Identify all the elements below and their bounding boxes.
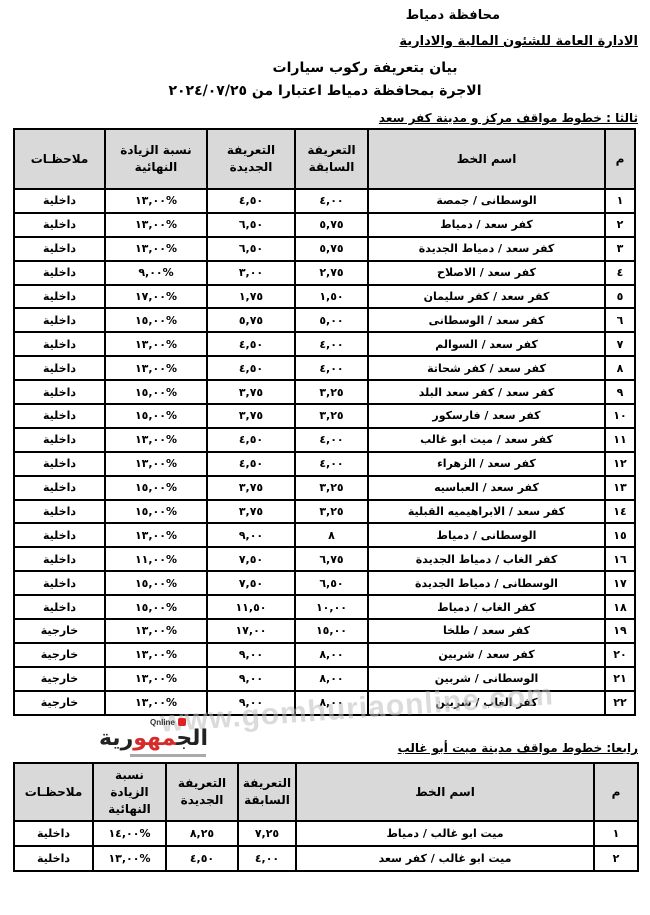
eagle-icon xyxy=(178,718,186,726)
old-fare: ٤,٠٠ xyxy=(295,332,368,356)
table-row: ٢ميت ابو غالب / كفر سعد٤,٠٠٤,٥٠%١٣,٠٠داخ… xyxy=(14,846,638,871)
table-row: ١١كفر سعد / ميت ابو غالب٤,٠٠٤,٥٠%١٣,٠٠دا… xyxy=(14,428,635,452)
line-name: كفر سعد / كفر سعد البلد xyxy=(368,380,605,404)
table-row: ٥كفر سعد / كفر سليمان١,٥٠١,٧٥%١٧,٠٠داخلي… xyxy=(14,285,635,309)
header-new-fare: التعريفة الجديدة xyxy=(166,763,238,821)
line-name: الوسطانى / دمياط الجديدة xyxy=(368,571,605,595)
new-fare: ٣,٧٥ xyxy=(207,380,295,404)
row-number: ٣ xyxy=(605,237,635,261)
line-name: كفر سعد / الابراهيميه القبلية xyxy=(368,500,605,524)
old-fare: ٤,٠٠ xyxy=(238,846,296,871)
table-row: ١ميت ابو غالب / دمياط٧,٢٥٨,٢٥%١٤,٠٠داخلي… xyxy=(14,821,638,846)
section4-table: م اسم الخط التعريفة السابقة التعريفة الج… xyxy=(13,762,639,872)
row-number: ١٣ xyxy=(605,476,635,500)
new-fare: ٧,٥٠ xyxy=(207,571,295,595)
line-name: كفر سعد / شربين xyxy=(368,643,605,667)
increase-pct: %١٣,٠٠ xyxy=(105,189,207,213)
new-fare: ١٧,٠٠ xyxy=(207,619,295,643)
old-fare: ٤,٠٠ xyxy=(295,189,368,213)
note: داخلية xyxy=(14,213,105,237)
old-fare: ٤,٠٠ xyxy=(295,452,368,476)
row-number: ٢ xyxy=(594,846,638,871)
old-fare: ٥,٧٥ xyxy=(295,237,368,261)
increase-pct: %١٥,٠٠ xyxy=(105,476,207,500)
line-name: كفر سعد / الاصلاح xyxy=(368,261,605,285)
table-row: ١الوسطانى / جمصة٤,٠٠٤,٥٠%١٣,٠٠داخلية xyxy=(14,189,635,213)
increase-pct: %١٤,٠٠ xyxy=(93,821,166,846)
increase-pct: %٩,٠٠ xyxy=(105,261,207,285)
table-row: ١٨كفر الغاب / دمياط١٠,٠٠١١,٥٠%١٥,٠٠داخلي… xyxy=(14,595,635,619)
section3-table: م اسم الخط التعريفة السابقة التعريفة الج… xyxy=(13,128,636,716)
line-name: كفر سعد / كفر شحاتة xyxy=(368,356,605,380)
line-name: كفر سعد / كفر سليمان xyxy=(368,285,605,309)
old-fare: ٣,٢٥ xyxy=(295,404,368,428)
document-title: بيان بتعريفة ركوب سيارات xyxy=(40,60,650,76)
increase-pct: %١٣,٠٠ xyxy=(105,428,207,452)
note: داخلية xyxy=(14,821,93,846)
row-number: ١٦ xyxy=(605,547,635,571)
new-fare: ٣,٧٥ xyxy=(207,500,295,524)
note: داخلية xyxy=(14,571,105,595)
increase-pct: %١٣,٠٠ xyxy=(105,356,207,380)
row-number: ١٢ xyxy=(605,452,635,476)
increase-pct: %١٣,٠٠ xyxy=(93,846,166,871)
line-name: كفر سعد / الزهراء xyxy=(368,452,605,476)
new-fare: ٣,٧٥ xyxy=(207,404,295,428)
line-name: كفر سعد / دمياط الجديدة xyxy=(368,237,605,261)
new-fare: ٦,٥٠ xyxy=(207,213,295,237)
header-old-fare: التعريفة السابقة xyxy=(295,129,368,189)
increase-pct: %١٥,٠٠ xyxy=(105,571,207,595)
new-fare: ١١,٥٠ xyxy=(207,595,295,619)
note: خارجية xyxy=(14,643,105,667)
table-row: ٦كفر سعد / الوسطانى٥,٠٠٥,٧٥%١٥,٠٠داخلية xyxy=(14,308,635,332)
line-name: كفر سعد / دمياط xyxy=(368,213,605,237)
header-notes: ملاحظـات xyxy=(14,129,105,189)
row-number: ١٤ xyxy=(605,500,635,524)
increase-pct: %١٣,٠٠ xyxy=(105,213,207,237)
table-row: ٢٠كفر سعد / شربين٨,٠٠٩,٠٠%١٣,٠٠خارجية xyxy=(14,643,635,667)
new-fare: ٣,٠٠ xyxy=(207,261,295,285)
new-fare: ٣,٧٥ xyxy=(207,476,295,500)
old-fare: ٨,٠٠ xyxy=(295,643,368,667)
header-num: م xyxy=(594,763,638,821)
new-fare: ٨,٢٥ xyxy=(166,821,238,846)
new-fare: ٩,٠٠ xyxy=(207,643,295,667)
header-old-fare: التعريفة السابقة xyxy=(238,763,296,821)
increase-pct: %١٥,٠٠ xyxy=(105,595,207,619)
note: داخلية xyxy=(14,428,105,452)
note: داخلية xyxy=(14,332,105,356)
header-notes: ملاحظـات xyxy=(14,763,93,821)
row-number: ٥ xyxy=(605,285,635,309)
old-fare: ٥,٧٥ xyxy=(295,213,368,237)
old-fare: ٣,٢٥ xyxy=(295,500,368,524)
increase-pct: %١٥,٠٠ xyxy=(105,308,207,332)
old-fare: ٨,٠٠ xyxy=(295,667,368,691)
note: داخلية xyxy=(14,523,105,547)
note: داخلية xyxy=(14,237,105,261)
header-new-fare: التعريفة الجديدة xyxy=(207,129,295,189)
note: داخلية xyxy=(14,452,105,476)
section4-title: رابعا: خطوط مواقف مدينة ميت أبو غالب xyxy=(398,741,638,755)
row-number: ٢٢ xyxy=(605,691,635,715)
row-number: ٩ xyxy=(605,380,635,404)
document-subtitle: الاجرة بمحافظة دمياط اعتبارا من ٢٠٢٤/٠٧/… xyxy=(0,83,650,99)
table-row: ٨كفر سعد / كفر شحاتة٤,٠٠٤,٥٠%١٣,٠٠داخلية xyxy=(14,356,635,380)
new-fare: ٤,٥٠ xyxy=(207,428,295,452)
old-fare: ١,٥٠ xyxy=(295,285,368,309)
line-name: كفر الغاب / دمياط الجديدة xyxy=(368,547,605,571)
new-fare: ٤,٥٠ xyxy=(207,356,295,380)
note: خارجية xyxy=(14,691,105,715)
table-row: ٤كفر سعد / الاصلاح٢,٧٥٣,٠٠%٩,٠٠داخلية xyxy=(14,261,635,285)
note: خارجية xyxy=(14,667,105,691)
table-row: ١٣كفر سعد / العباسيه٣,٢٥٣,٧٥%١٥,٠٠داخلية xyxy=(14,476,635,500)
table-row: ٢كفر سعد / دمياط٥,٧٥٦,٥٠%١٣,٠٠داخلية xyxy=(14,213,635,237)
row-number: ١٥ xyxy=(605,523,635,547)
line-name: كفر سعد / العباسيه xyxy=(368,476,605,500)
new-fare: ١,٧٥ xyxy=(207,285,295,309)
table-row: ٩كفر سعد / كفر سعد البلد٣,٢٥٣,٧٥%١٥,٠٠دا… xyxy=(14,380,635,404)
publisher-logo: Qnline الجمهورية xyxy=(128,718,208,760)
note: داخلية xyxy=(14,261,105,285)
note: داخلية xyxy=(14,404,105,428)
section4-body: ١ميت ابو غالب / دمياط٧,٢٥٨,٢٥%١٤,٠٠داخلي… xyxy=(14,821,638,871)
line-name: الوسطانى / جمصة xyxy=(368,189,605,213)
row-number: ١ xyxy=(594,821,638,846)
new-fare: ٥,٧٥ xyxy=(207,308,295,332)
row-number: ١٨ xyxy=(605,595,635,619)
note: داخلية xyxy=(14,595,105,619)
line-name: كفر سعد / السوالم xyxy=(368,332,605,356)
table-row: ١٤كفر سعد / الابراهيميه القبلية٣,٢٥٣,٧٥%… xyxy=(14,500,635,524)
old-fare: ٤,٠٠ xyxy=(295,356,368,380)
new-fare: ٤,٥٠ xyxy=(207,332,295,356)
increase-pct: %١١,٠٠ xyxy=(105,547,207,571)
new-fare: ٧,٥٠ xyxy=(207,547,295,571)
section3-body: ١الوسطانى / جمصة٤,٠٠٤,٥٠%١٣,٠٠داخلية٢كفر… xyxy=(14,189,635,715)
note: داخلية xyxy=(14,547,105,571)
increase-pct: %١٣,٠٠ xyxy=(105,643,207,667)
logo-tagline xyxy=(130,754,206,757)
row-number: ١٩ xyxy=(605,619,635,643)
old-fare: ٤,٠٠ xyxy=(295,428,368,452)
governorate-title: محافظة دمياط xyxy=(406,8,500,23)
new-fare: ٤,٥٠ xyxy=(207,452,295,476)
new-fare: ٩,٠٠ xyxy=(207,523,295,547)
logo-wordmark: الجمهورية xyxy=(128,726,208,751)
note: داخلية xyxy=(14,308,105,332)
new-fare: ٩,٠٠ xyxy=(207,667,295,691)
old-fare: ٣,٢٥ xyxy=(295,476,368,500)
increase-pct: %١٣,٠٠ xyxy=(105,667,207,691)
row-number: ١٧ xyxy=(605,571,635,595)
table-row: ١٥الوسطانى / دمياط٨٩,٠٠%١٣,٠٠داخلية xyxy=(14,523,635,547)
note: خارجية xyxy=(14,619,105,643)
old-fare: ٣,٢٥ xyxy=(295,380,368,404)
header-line-name: اسم الخط xyxy=(368,129,605,189)
increase-pct: %١٥,٠٠ xyxy=(105,380,207,404)
row-number: ١١ xyxy=(605,428,635,452)
old-fare: ١٠,٠٠ xyxy=(295,595,368,619)
new-fare: ٦,٥٠ xyxy=(207,237,295,261)
row-number: ٨ xyxy=(605,356,635,380)
table-row: ١٩كفر سعد / طلخا١٥,٠٠١٧,٠٠%١٣,٠٠خارجية xyxy=(14,619,635,643)
increase-pct: %١٣,٠٠ xyxy=(105,619,207,643)
note: داخلية xyxy=(14,285,105,309)
note: داخلية xyxy=(14,500,105,524)
new-fare: ٤,٥٠ xyxy=(166,846,238,871)
table-row: ٣كفر سعد / دمياط الجديدة٥,٧٥٦,٥٠%١٣,٠٠دا… xyxy=(14,237,635,261)
line-name: الوسطانى / دمياط xyxy=(368,523,605,547)
section3-title: ثالثا : خطوط مواقف مركز و مدينة كفر سعد xyxy=(379,111,638,125)
table-row: ١٦كفر الغاب / دمياط الجديدة٦,٧٥٧,٥٠%١١,٠… xyxy=(14,547,635,571)
table-row: ١٢كفر سعد / الزهراء٤,٠٠٤,٥٠%١٣,٠٠داخلية xyxy=(14,452,635,476)
header-increase-pct: نسبة الزيادة النهائية xyxy=(105,129,207,189)
increase-pct: %١٥,٠٠ xyxy=(105,500,207,524)
old-fare: ٥,٠٠ xyxy=(295,308,368,332)
header-num: م xyxy=(605,129,635,189)
increase-pct: %١٧,٠٠ xyxy=(105,285,207,309)
increase-pct: %١٥,٠٠ xyxy=(105,404,207,428)
old-fare: ٧,٢٥ xyxy=(238,821,296,846)
row-number: ١ xyxy=(605,189,635,213)
old-fare: ٢,٧٥ xyxy=(295,261,368,285)
table-row: ٧كفر سعد / السوالم٤,٠٠٤,٥٠%١٣,٠٠داخلية xyxy=(14,332,635,356)
line-name: كفر الغاب / دمياط xyxy=(368,595,605,619)
line-name: ميت ابو غالب / دمياط xyxy=(296,821,594,846)
row-number: ٤ xyxy=(605,261,635,285)
row-number: ٢٠ xyxy=(605,643,635,667)
old-fare: ١٥,٠٠ xyxy=(295,619,368,643)
line-name: كفر سعد / طلخا xyxy=(368,619,605,643)
note: داخلية xyxy=(14,846,93,871)
increase-pct: %١٣,٠٠ xyxy=(105,237,207,261)
row-number: ١٠ xyxy=(605,404,635,428)
new-fare: ٤,٥٠ xyxy=(207,189,295,213)
department-title: الادارة العامة للشئون المالية والادارية xyxy=(399,34,638,49)
line-name: كفر سعد / فارسكور xyxy=(368,404,605,428)
note: داخلية xyxy=(14,356,105,380)
increase-pct: %١٣,٠٠ xyxy=(105,452,207,476)
increase-pct: %١٣,٠٠ xyxy=(105,332,207,356)
header-increase-pct: نسبة الزيادة النهائية xyxy=(93,763,166,821)
table-row: ١٠كفر سعد / فارسكور٣,٢٥٣,٧٥%١٥,٠٠داخلية xyxy=(14,404,635,428)
line-name: كفر سعد / الوسطانى xyxy=(368,308,605,332)
note: داخلية xyxy=(14,380,105,404)
old-fare: ٦,٧٥ xyxy=(295,547,368,571)
line-name: كفر سعد / ميت ابو غالب xyxy=(368,428,605,452)
increase-pct: %١٣,٠٠ xyxy=(105,523,207,547)
old-fare: ٨ xyxy=(295,523,368,547)
line-name: ميت ابو غالب / كفر سعد xyxy=(296,846,594,871)
header-line-name: اسم الخط xyxy=(296,763,594,821)
row-number: ٢ xyxy=(605,213,635,237)
row-number: ٦ xyxy=(605,308,635,332)
note: داخلية xyxy=(14,476,105,500)
row-number: ٧ xyxy=(605,332,635,356)
old-fare: ٦,٥٠ xyxy=(295,571,368,595)
table-row: ١٧الوسطانى / دمياط الجديدة٦,٥٠٧,٥٠%١٥,٠٠… xyxy=(14,571,635,595)
note: داخلية xyxy=(14,189,105,213)
row-number: ٢١ xyxy=(605,667,635,691)
